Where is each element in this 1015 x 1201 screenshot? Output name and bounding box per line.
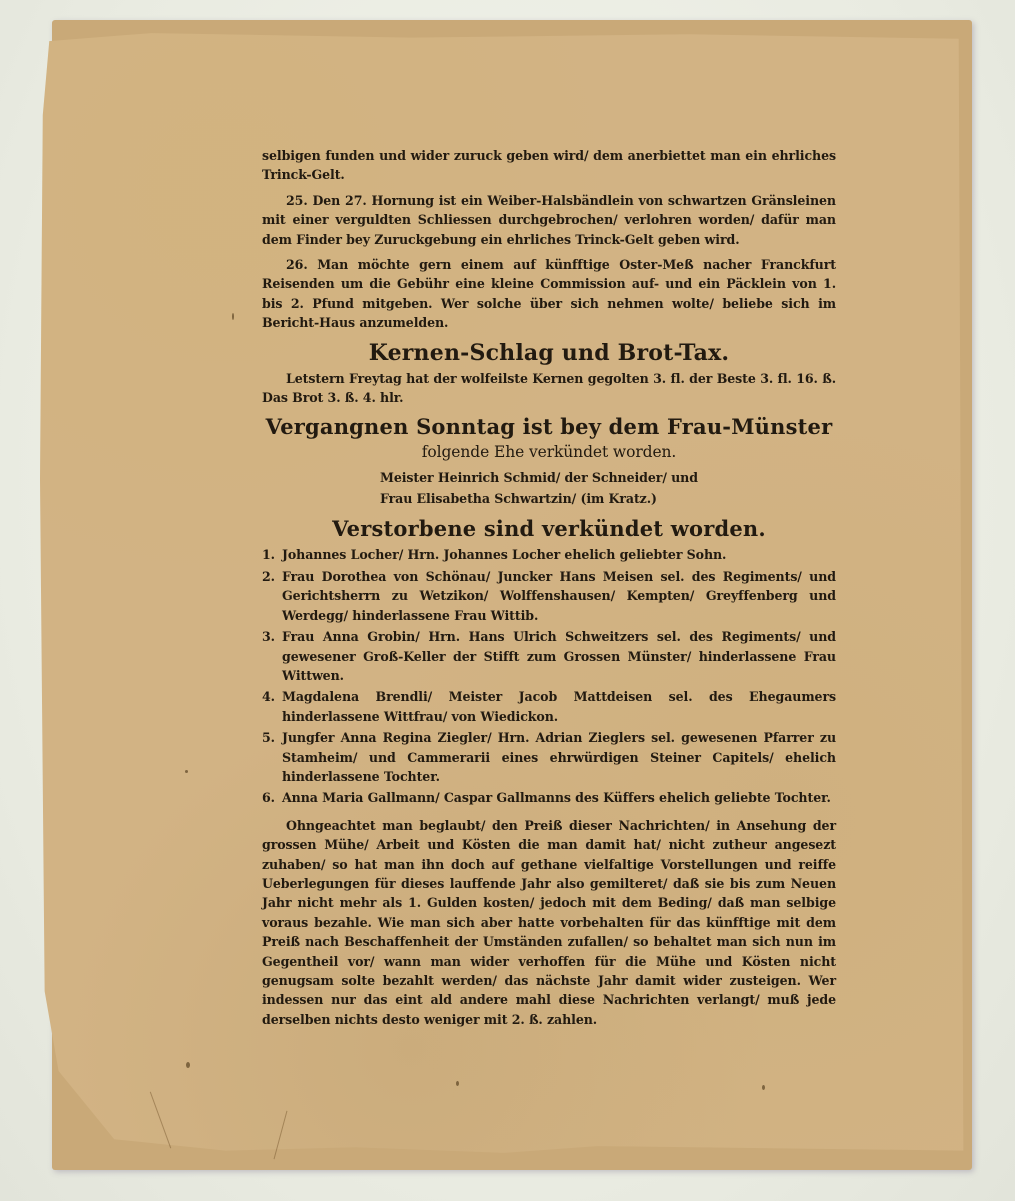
notice-text: Den 27. Hornung ist ein Weiber-Halsbändl… (262, 193, 836, 247)
continued-paragraph: selbigen funden und wider zuruck geben w… (262, 146, 836, 185)
entry-number: 1. (262, 545, 282, 564)
entry-text: Frau Anna Grobin/ Hrn. Hans Ulrich Schwe… (282, 627, 836, 685)
notice-25: 25. Den 27. Hornung ist ein Weiber-Halsb… (262, 191, 836, 249)
deaths-heading: Verstorbene sind verkündet worden. (262, 515, 836, 543)
paper-speck (456, 1081, 459, 1086)
entry-text: Anna Maria Gallmann/ Caspar Gallmanns de… (282, 788, 836, 807)
notice-26: 26. Man möchte gern einem auf künfftige … (262, 255, 836, 333)
death-entry: 4.Magdalena Brendli/ Meister Jacob Mattd… (262, 687, 836, 726)
death-entry: 3.Frau Anna Grobin/ Hrn. Hans Ulrich Sch… (262, 627, 836, 685)
marriage-subheading: folgende Ehe verkündet worden. (262, 441, 836, 463)
deaths-list: 1.Johannes Locher/ Hrn. Johannes Locher … (262, 545, 836, 807)
entry-text: Frau Dorothea von Schönau/ Juncker Hans … (282, 567, 836, 625)
death-entry: 1.Johannes Locher/ Hrn. Johannes Locher … (262, 545, 836, 564)
entry-text: Jungfer Anna Regina Ziegler/ Hrn. Adrian… (282, 728, 836, 786)
bride-line: Frau Elisabetha Schwartzin/ (im Kratz.) (380, 488, 836, 509)
entry-number: 6. (262, 788, 282, 807)
notice-number: 26. (286, 257, 308, 272)
grain-price-heading: Kernen-Schlag und Brot-Tax. (262, 339, 836, 367)
death-entry: 6.Anna Maria Gallmann/ Caspar Gallmanns … (262, 788, 836, 807)
entry-text: Magdalena Brendli/ Meister Jacob Mattdei… (282, 687, 836, 726)
groom-line: Meister Heinrich Schmid/ der Schneider/ … (380, 467, 836, 488)
entry-number: 4. (262, 687, 282, 726)
entry-number: 2. (262, 567, 282, 625)
notice-number: 25. (286, 193, 308, 208)
death-entry: 2.Frau Dorothea von Schönau/ Juncker Han… (262, 567, 836, 625)
document-body: selbigen funden und wider zuruck geben w… (262, 146, 836, 1035)
paper-speck (185, 770, 188, 773)
notice-text: Man möchte gern einem auf künfftige Oste… (262, 257, 836, 330)
entry-number: 5. (262, 728, 282, 786)
paper-speck (762, 1085, 765, 1090)
death-entry: 5.Jungfer Anna Regina Ziegler/ Hrn. Adri… (262, 728, 836, 786)
grain-price-text: Letstern Freytag hat der wolfeilste Kern… (262, 369, 836, 408)
marriage-heading: Vergangnen Sonntag ist bey dem Frau-Müns… (262, 413, 836, 441)
paper-speck (186, 1062, 190, 1068)
entry-number: 3. (262, 627, 282, 685)
entry-text: Johannes Locher/ Hrn. Johannes Locher eh… (282, 545, 836, 564)
paper-speck (232, 313, 234, 320)
closing-notice: Ohngeachtet man beglaubt/ den Preiß dies… (262, 816, 836, 1029)
